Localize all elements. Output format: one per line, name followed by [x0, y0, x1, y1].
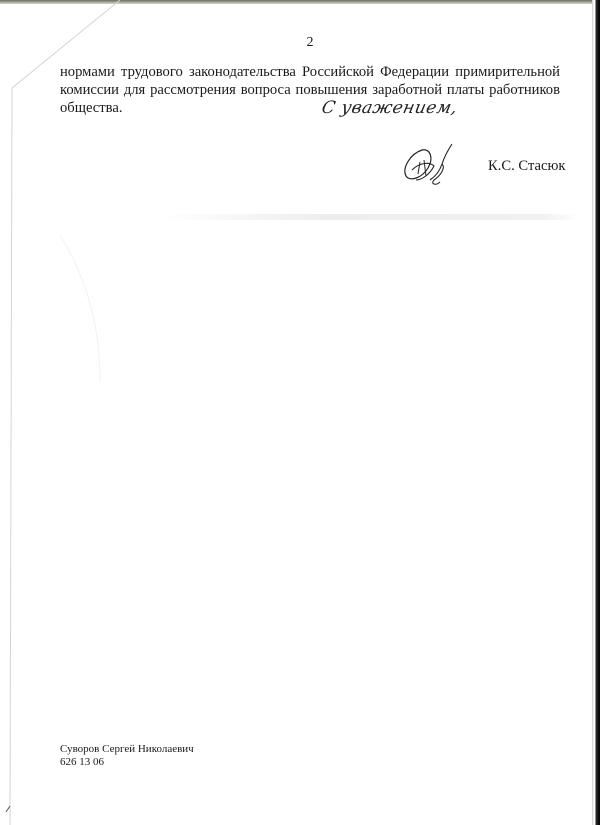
handwritten-closing: С уважением, [320, 98, 460, 118]
signer-name: К.С. Стасюк [488, 158, 565, 175]
signature-mark [400, 140, 460, 190]
body-line: общества. [60, 99, 560, 117]
body-line: нормами трудового законодательства Росси… [60, 63, 560, 81]
scan-right-edge [592, 0, 600, 825]
page-fold-line [0, 0, 600, 825]
body-line: комиссии для рассмотрения вопроса повыше… [60, 81, 560, 99]
executor-block: Суворов Сергей Николаевич 626 13 06 [60, 743, 194, 769]
executor-name: Суворов Сергей Николаевич [60, 743, 194, 756]
executor-phone: 626 13 06 [60, 756, 194, 769]
letter-body: нормами трудового законодательства Росси… [60, 63, 560, 117]
bleed-through-mark [160, 214, 580, 220]
page-number: 2 [0, 35, 600, 51]
scan-top-edge [0, 0, 600, 4]
